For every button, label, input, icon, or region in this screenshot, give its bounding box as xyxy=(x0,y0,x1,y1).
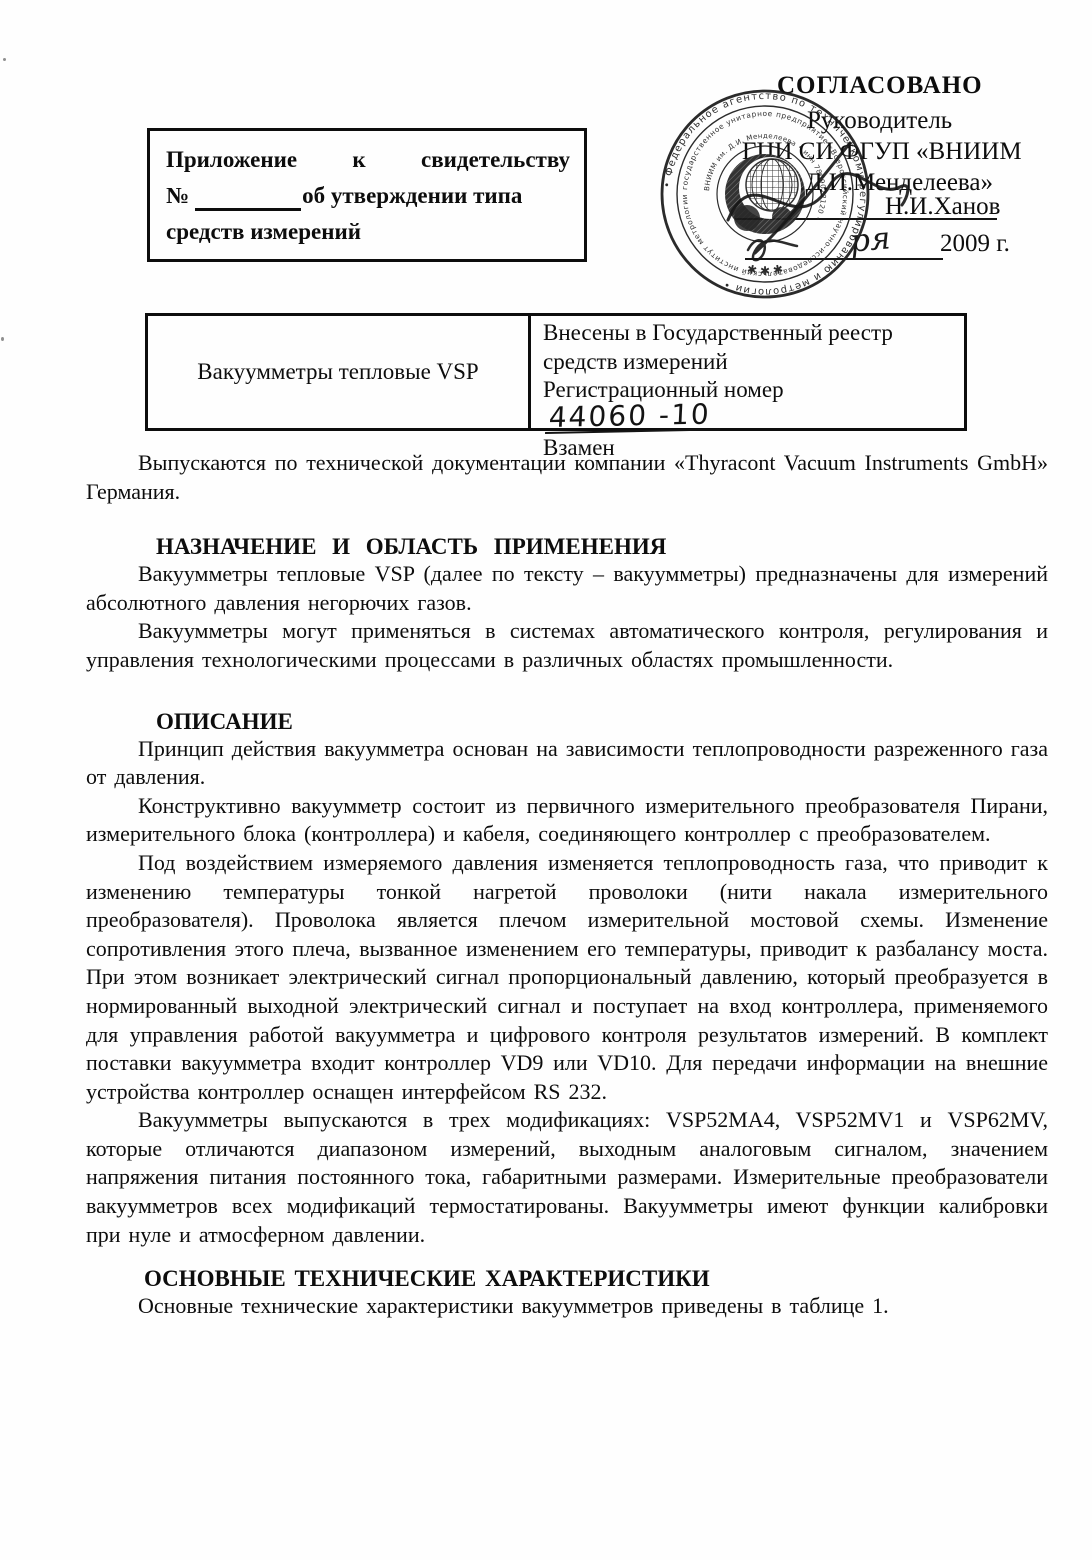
registry-entry-line2: средств измерений xyxy=(543,348,956,377)
certificate-number-prefix: № xyxy=(166,183,189,208)
attachment-box-word: к xyxy=(352,142,365,178)
purpose-paragraph-1: Вакуумметры тепловые VSP (далее по текст… xyxy=(86,560,1048,617)
description-paragraph-2: Конструктивно вакуумметр состоит из перв… xyxy=(86,792,1048,849)
attachment-certificate-box: Приложение к свидетельству №об утвержден… xyxy=(147,128,587,262)
registration-number-line: Регистрационный номер44060 -10 xyxy=(543,376,956,434)
specs-paragraph-1: Основные технические характеристики ваку… xyxy=(86,1292,1048,1321)
scan-artifact-dot xyxy=(1,337,4,341)
intro-paragraph: Выпускаются по технической документации … xyxy=(86,449,1048,506)
attachment-box-line2: №об утверждении типа xyxy=(166,178,570,214)
description-paragraph-3: Под воздействием измеряемого давления из… xyxy=(86,849,1048,1106)
registry-entry-cell: Внесены в Государственный реестр средств… xyxy=(531,316,964,428)
registration-number-handwritten: 44060 -10 xyxy=(545,401,721,434)
signature-flourish xyxy=(728,174,908,220)
attachment-box-word: свидетельству xyxy=(421,142,570,178)
document-body: Выпускаются по технической документации … xyxy=(86,449,1048,1321)
certificate-number-blank xyxy=(195,185,301,211)
registry-entry-line1: Внесены в Государственный реестр xyxy=(543,319,956,348)
section-title-description: ОПИСАНИЕ xyxy=(156,708,1048,735)
attachment-box-word: Приложение xyxy=(166,142,297,178)
attachment-box-line2-suffix: об утверждении типа xyxy=(302,183,522,208)
registry-table: Вакуумметры тепловые VSP Внесены в Госуд… xyxy=(145,313,967,431)
description-paragraph-1: Принцип действия вакуумметра основан на … xyxy=(86,735,1048,792)
scan-artifact-dot xyxy=(3,58,6,61)
instrument-name-cell: Вакуумметры тепловые VSP xyxy=(148,316,531,428)
signature-strokes xyxy=(700,125,1020,275)
attachment-box-line3: средств измерений xyxy=(166,214,570,250)
document-page: Приложение к свидетельству №об утвержден… xyxy=(0,0,1092,1560)
section-title-specs: ОСНОВНЫЕ ТЕХНИЧЕСКИЕ ХАРАКТЕРИСТИКИ xyxy=(144,1265,1048,1292)
date-scrawl xyxy=(748,240,797,260)
description-paragraph-4: Вакуумметры выпускаются в трех модификац… xyxy=(86,1106,1048,1249)
attachment-box-line1: Приложение к свидетельству xyxy=(166,142,570,178)
purpose-paragraph-2: Вакуумметры могут применяться в системах… xyxy=(86,617,1048,674)
section-title-purpose: НАЗНАЧЕНИЕ И ОБЛАСТЬ ПРИМЕНЕНИЯ xyxy=(156,533,1048,560)
